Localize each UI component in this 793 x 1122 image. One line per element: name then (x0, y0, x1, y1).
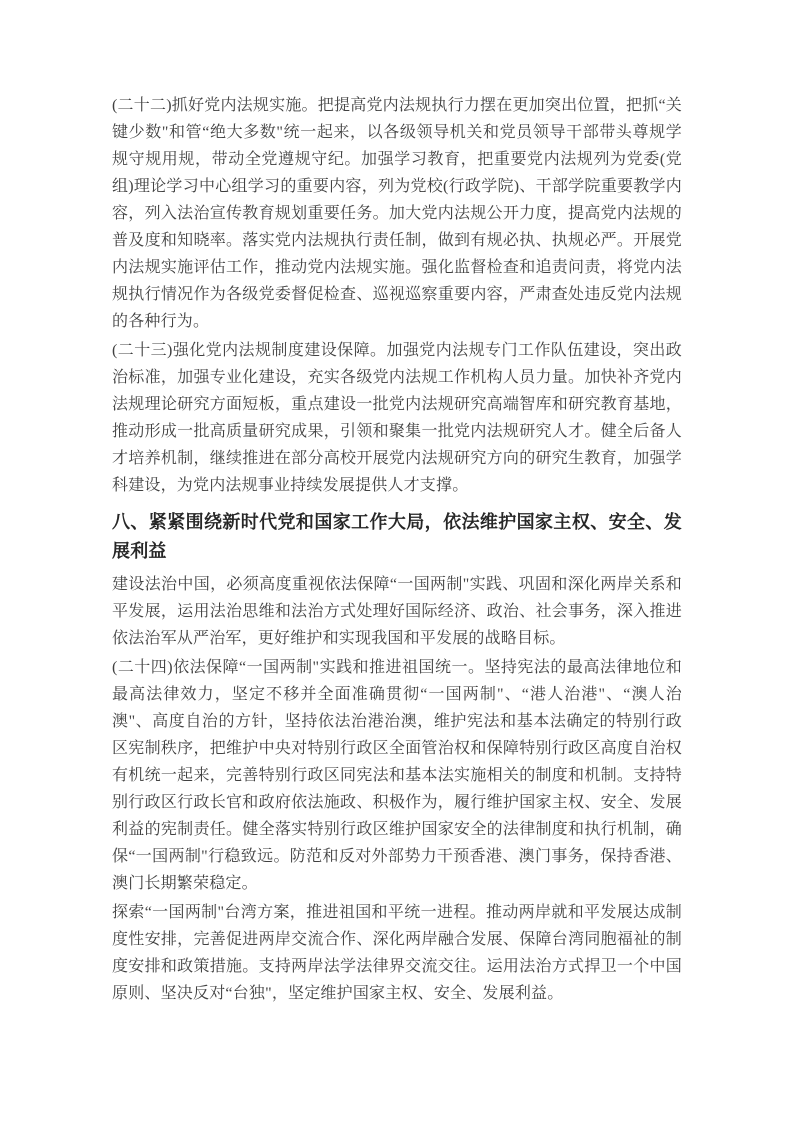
paragraph-item-23: (二十三)强化党内法规制度建设保障。加强党内法规专门工作队伍建设，突出政治标准，… (112, 337, 682, 499)
paragraph-item-24: (二十四)依法保障“一国两制"实践和推进祖国统一。坚持宪法的最高法律地位和最高法… (112, 654, 682, 897)
paragraph-taiwan: 探索“一国两制"台湾方案，推进祖国和平统一进程。推动两岸就和平发展达成制度性安排… (112, 899, 682, 1007)
paragraph-item-22: (二十二)抓好党内法规实施。把提高党内法规执行力摆在更加突出位置，把抓“关键少数… (112, 92, 682, 335)
paragraph-section-intro: 建设法治中国，必须高度重视依法保障“一国两制"实践、巩固和深化两岸关系和平发展，… (112, 571, 682, 652)
section-heading-8: 八、紧紧围绕新时代党和国家工作大局，依法维护国家主权、安全、发展利益 (112, 508, 682, 566)
document-content: (二十二)抓好党内法规实施。把提高党内法规执行力摆在更加突出位置，把抓“关键少数… (112, 92, 682, 1007)
document-page: (二十二)抓好党内法规实施。把提高党内法规执行力摆在更加突出位置，把抓“关键少数… (0, 0, 793, 1122)
